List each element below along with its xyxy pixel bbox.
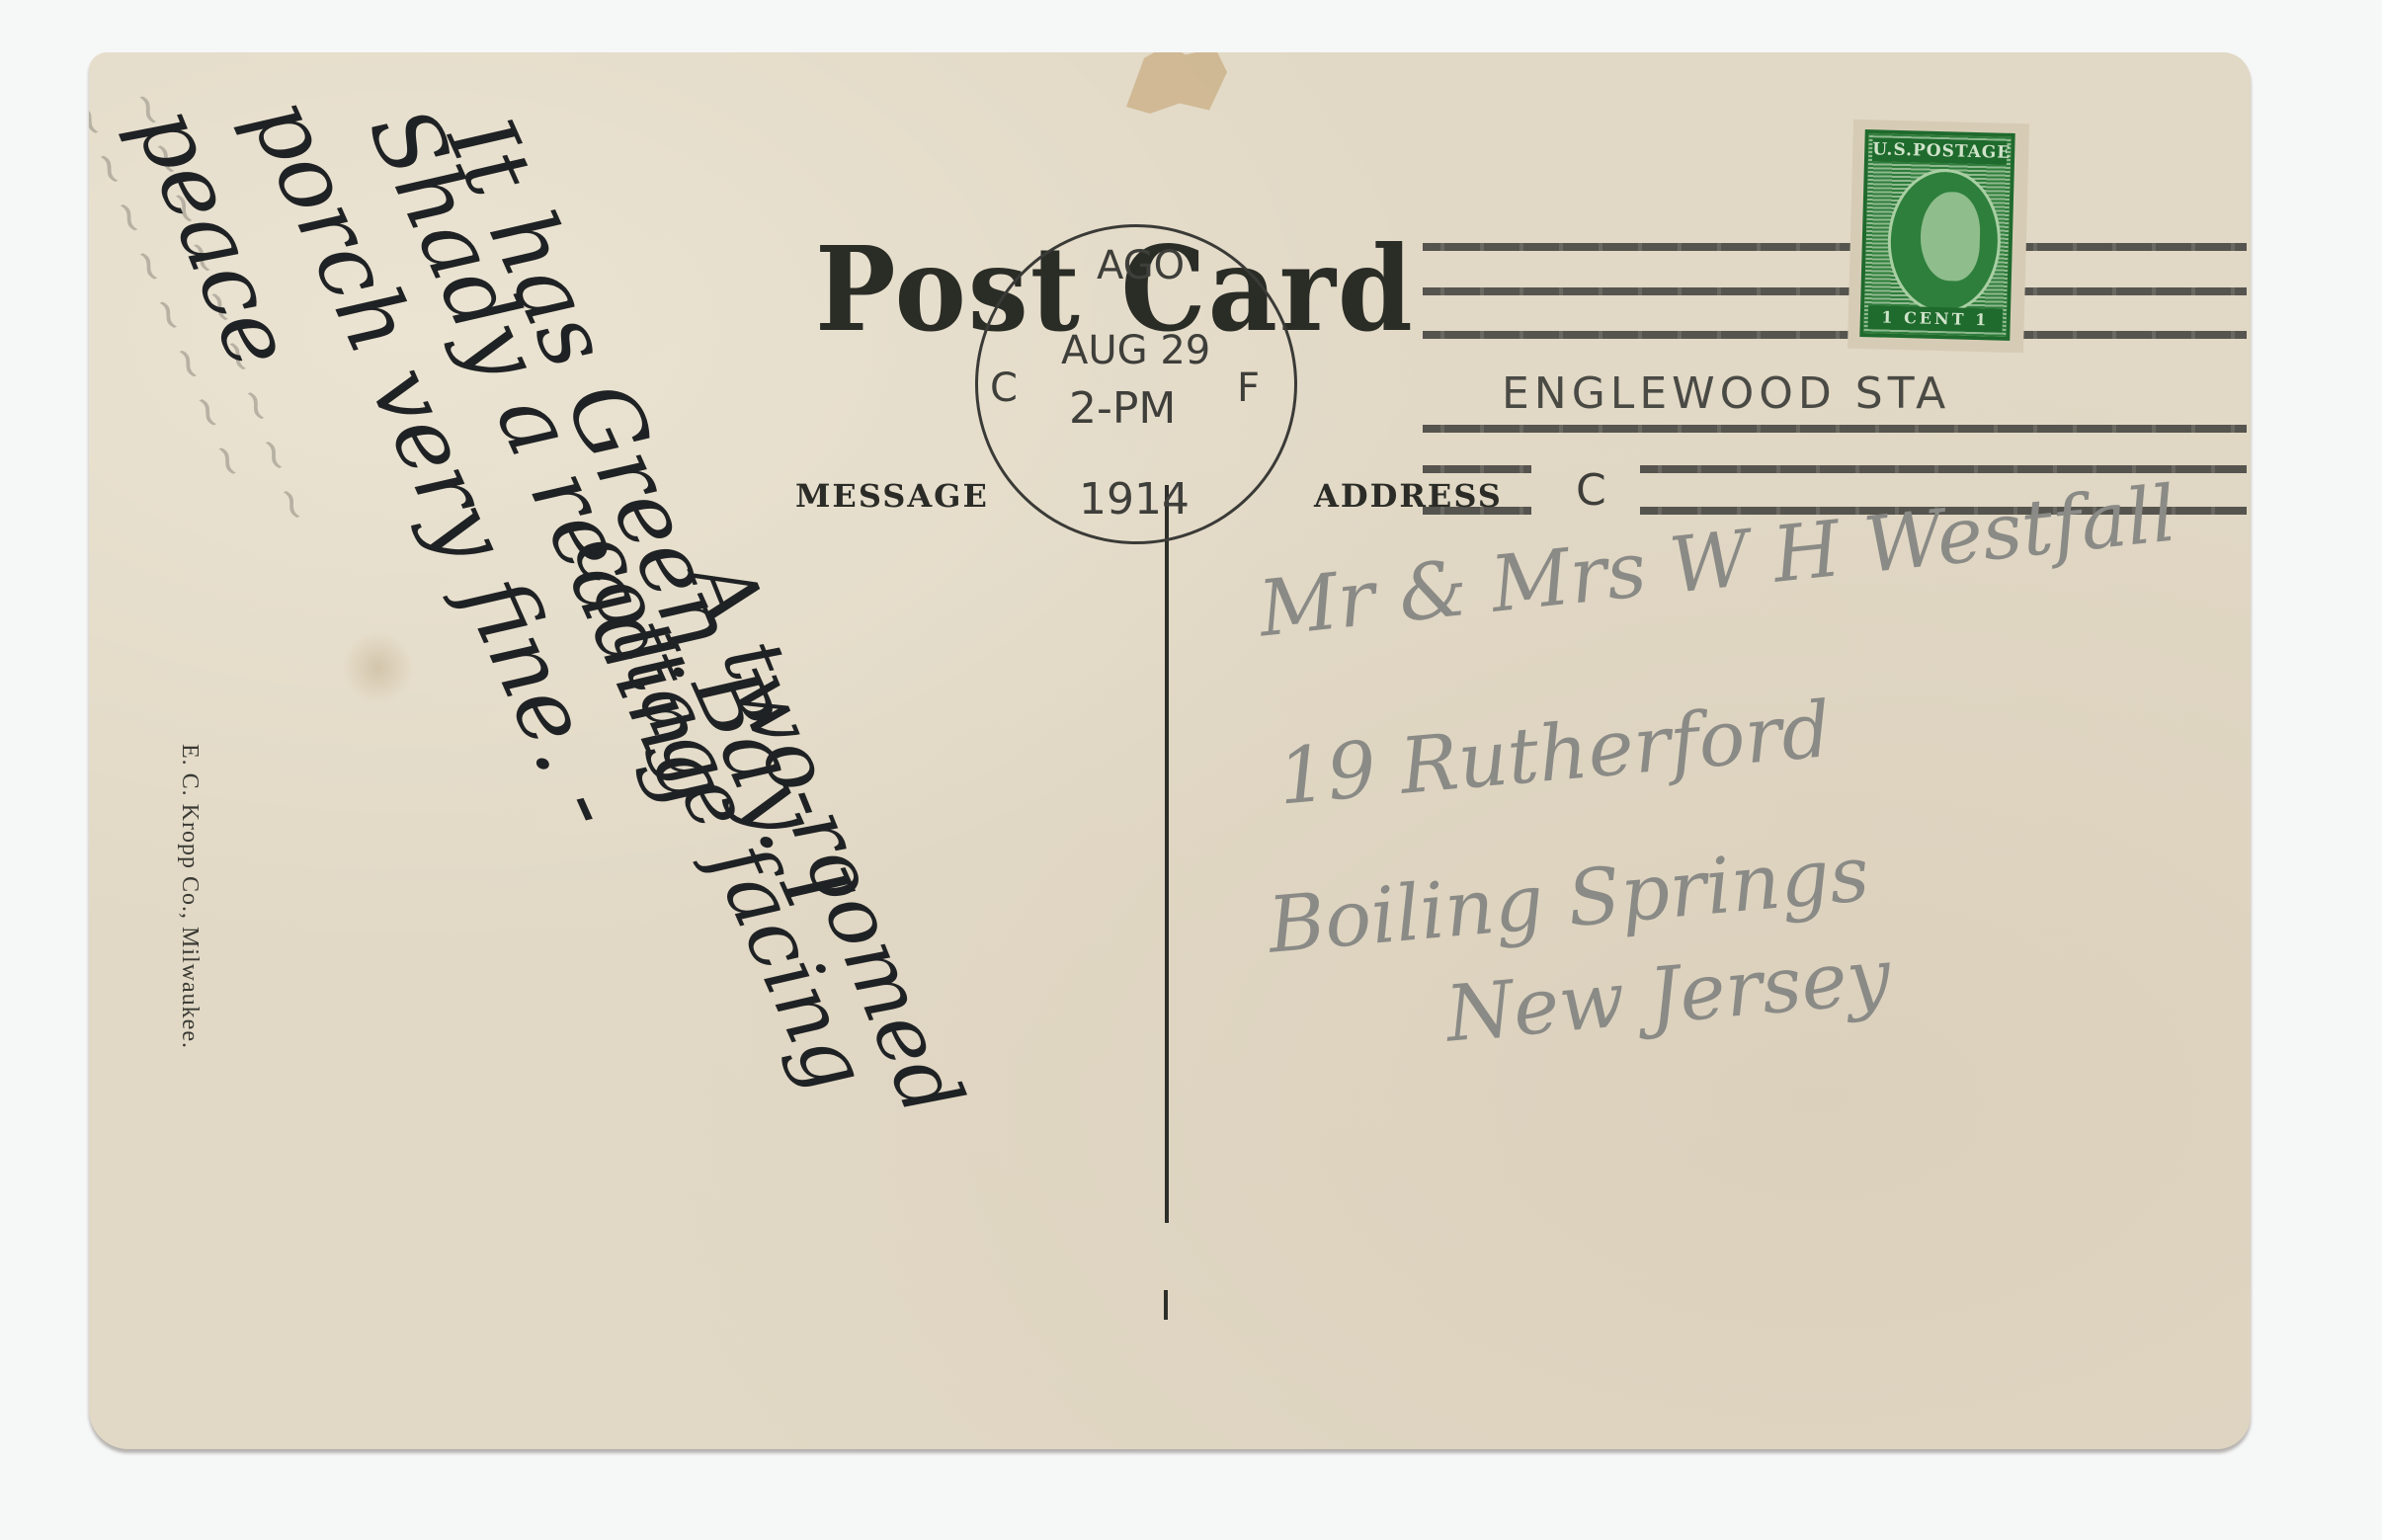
stamp-bottom-text: 1 CENT 1 (1868, 305, 2004, 333)
publisher-imprint: E. C. Kropp Co., Milwaukee. (176, 744, 203, 1049)
portrait-head-icon (1920, 192, 1981, 283)
cancel-line (1423, 243, 2247, 251)
postcard-back: ~ ~ ~ ~ ~ ~ ~ ~ ~ ~ ~ ~ ~ ~ ~ ~ ~ Post C… (89, 52, 2251, 1449)
message-label: MESSAGE (795, 477, 989, 515)
paper-stain (341, 630, 415, 704)
divider-tick (1164, 1290, 1168, 1320)
center-divider-line (1165, 485, 1169, 1223)
postmark-city: AGO (1097, 243, 1185, 288)
address-line: New Jersey (1442, 932, 1894, 1060)
postmark-time: 2-PM (1069, 383, 1176, 434)
postmark-left-letter: C (990, 365, 1018, 411)
postmark-right-letter: F (1237, 365, 1260, 411)
postmark-circle: AGO AUG 29 2-PM 1914 C F (975, 224, 1297, 544)
postmark-date: AUG 29 (1061, 328, 1210, 373)
washington-portrait-icon (1886, 168, 2003, 315)
postmark-year: 1914 (1079, 474, 1190, 525)
address-line: 19 Rutherford (1274, 686, 1835, 823)
cancel-line (1423, 287, 2247, 295)
postage-stamp: U.S.POSTAGE 1 CENT 1 (1848, 120, 2029, 354)
cancel-letter: C (1576, 465, 1606, 516)
stamp-top-text: U.S.POSTAGE (1872, 137, 2008, 165)
stamp-design: U.S.POSTAGE 1 CENT 1 (1859, 129, 2014, 341)
cancel-line (1423, 507, 1531, 515)
cancel-line (1423, 425, 2247, 433)
cancel-line (1423, 465, 1531, 473)
cancel-line (1423, 331, 2247, 339)
torn-paper-spot (1114, 52, 1233, 114)
cancel-station-text: ENGLEWOOD STA (1502, 368, 1950, 419)
